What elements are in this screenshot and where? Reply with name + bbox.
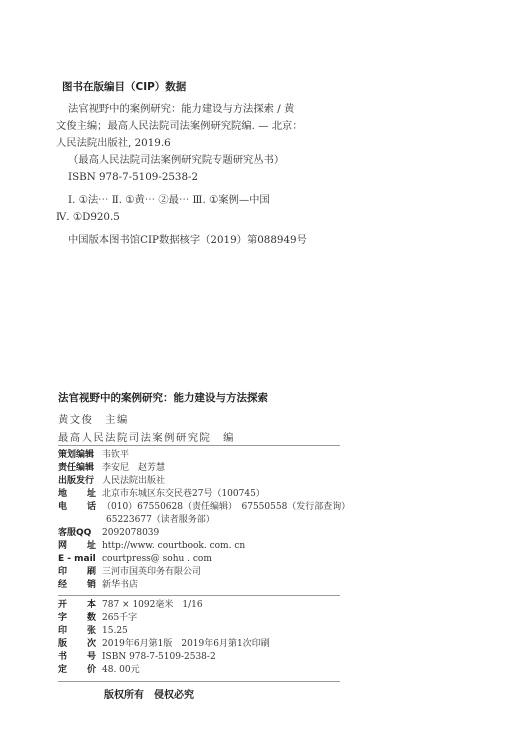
info-value: http://www. courtbook. com. cn — [102, 540, 245, 553]
spec-value: 2019年6月第1版 2019年6月第1次印刷 — [102, 638, 270, 651]
cip-line: ISBN 978-7-5109-2538-2 — [68, 169, 198, 185]
info-row: 印刷三河市国英印务有限公司 — [58, 566, 201, 579]
info-row: 电话（010）67550628（责任编辑） 67550558（发行部查询） — [58, 501, 350, 514]
info-value: （010）67550628（责任编辑） 67550558（发行部查询） — [102, 501, 350, 514]
info-key: 出版发行 — [58, 475, 102, 488]
spec-row: 字数265千字 — [58, 612, 137, 625]
info-value: 人民法院出版社 — [102, 475, 165, 488]
info-key: 电话 — [58, 501, 96, 514]
spec-key: 定价 — [58, 664, 96, 677]
divider — [58, 595, 340, 596]
info-value: 李安尼 赵芳慧 — [102, 462, 165, 475]
info-key: 经销 — [58, 579, 96, 592]
spec-value: 787 × 1092毫米 1/16 — [102, 599, 203, 612]
cip-line: 人民法院出版社, 2019.6 — [56, 135, 171, 151]
info-value: 新华书店 — [102, 579, 138, 592]
spec-value: 15.25 — [102, 625, 128, 638]
info-value: courtpress@ sohu . com — [102, 553, 212, 566]
spec-row: 书号ISBN 978-7-5109-2538-2 — [58, 651, 216, 664]
info-row: 地址北京市东城区东交民巷27号（100745） — [58, 488, 265, 501]
info-row: 客服QQ2092078039 — [58, 527, 159, 540]
info-value: 2092078039 — [102, 527, 159, 540]
cip-line: Ⅳ. ①D920.5 — [56, 209, 120, 225]
spec-value: 48. 00元 — [102, 664, 140, 677]
compiler: 最高人民法院司法案例研究院 编 — [58, 429, 235, 444]
cip-line: （最高人民法院司法案例研究院专题研究丛书） — [68, 152, 284, 168]
book-title: 法官视野中的案例研究：能力建设与方法探索 — [58, 390, 268, 405]
spec-key: 印张 — [58, 625, 96, 638]
spec-key: 开本 — [58, 599, 96, 612]
spec-key: 版次 — [58, 638, 96, 651]
spec-value: 265千字 — [102, 612, 137, 625]
spec-value: ISBN 978-7-5109-2538-2 — [102, 651, 216, 664]
spec-row: 定价48. 00元 — [58, 664, 140, 677]
info-key: 客服QQ — [58, 527, 102, 540]
info-row: E - mailcourtpress@ sohu . com — [58, 553, 212, 566]
info-row: 出版发行人民法院出版社 — [58, 475, 165, 488]
spec-key: 字数 — [58, 612, 96, 625]
info-row: 65223677（读者服务部） — [58, 514, 215, 527]
chief-editor: 黄文俊 主编 — [58, 411, 129, 426]
info-key: 策划编辑 — [58, 449, 102, 462]
cip-line: 法官视野中的案例研究：能力建设与方法探索 / 黄 — [68, 101, 294, 117]
spec-row: 开本787 × 1092毫米 1/16 — [58, 599, 203, 612]
info-key: E - mail — [58, 553, 102, 566]
info-value: 韦钦平 — [102, 449, 129, 462]
divider — [58, 681, 340, 682]
info-key: 地址 — [58, 488, 96, 501]
copyright-notice: 版权所有 侵权必究 — [104, 686, 194, 701]
spec-row: 印张15.25 — [58, 625, 128, 638]
info-key: 印刷 — [58, 566, 96, 579]
cip-heading: 图书在版编目（CIP）数据 — [62, 79, 186, 94]
cip-line: 文俊主编；最高人民法院司法案例研究院编. — 北京： — [56, 118, 303, 134]
info-value: 北京市东城区东交民巷27号（100745） — [102, 488, 265, 501]
info-value: 三河市国英印务有限公司 — [102, 566, 201, 579]
info-row: 责任编辑李安尼 赵芳慧 — [58, 462, 165, 475]
info-row: 网址http://www. courtbook. com. cn — [58, 540, 245, 553]
info-key: 责任编辑 — [58, 462, 102, 475]
info-row: 策划编辑韦钦平 — [58, 449, 129, 462]
info-key: 网址 — [58, 540, 96, 553]
cip-line: 中国版本图书馆CIP数据核字（2019）第088949号 — [68, 232, 307, 248]
spec-row: 版次2019年6月第1版 2019年6月第1次印刷 — [58, 638, 270, 651]
info-value: 65223677（读者服务部） — [106, 514, 215, 527]
cip-line: Ⅰ. ①法⋯ Ⅱ. ①黄⋯ ②最⋯ Ⅲ. ①案例—中国 — [68, 192, 270, 208]
spec-key: 书号 — [58, 651, 96, 664]
info-row: 经销新华书店 — [58, 579, 138, 592]
divider — [58, 445, 340, 446]
